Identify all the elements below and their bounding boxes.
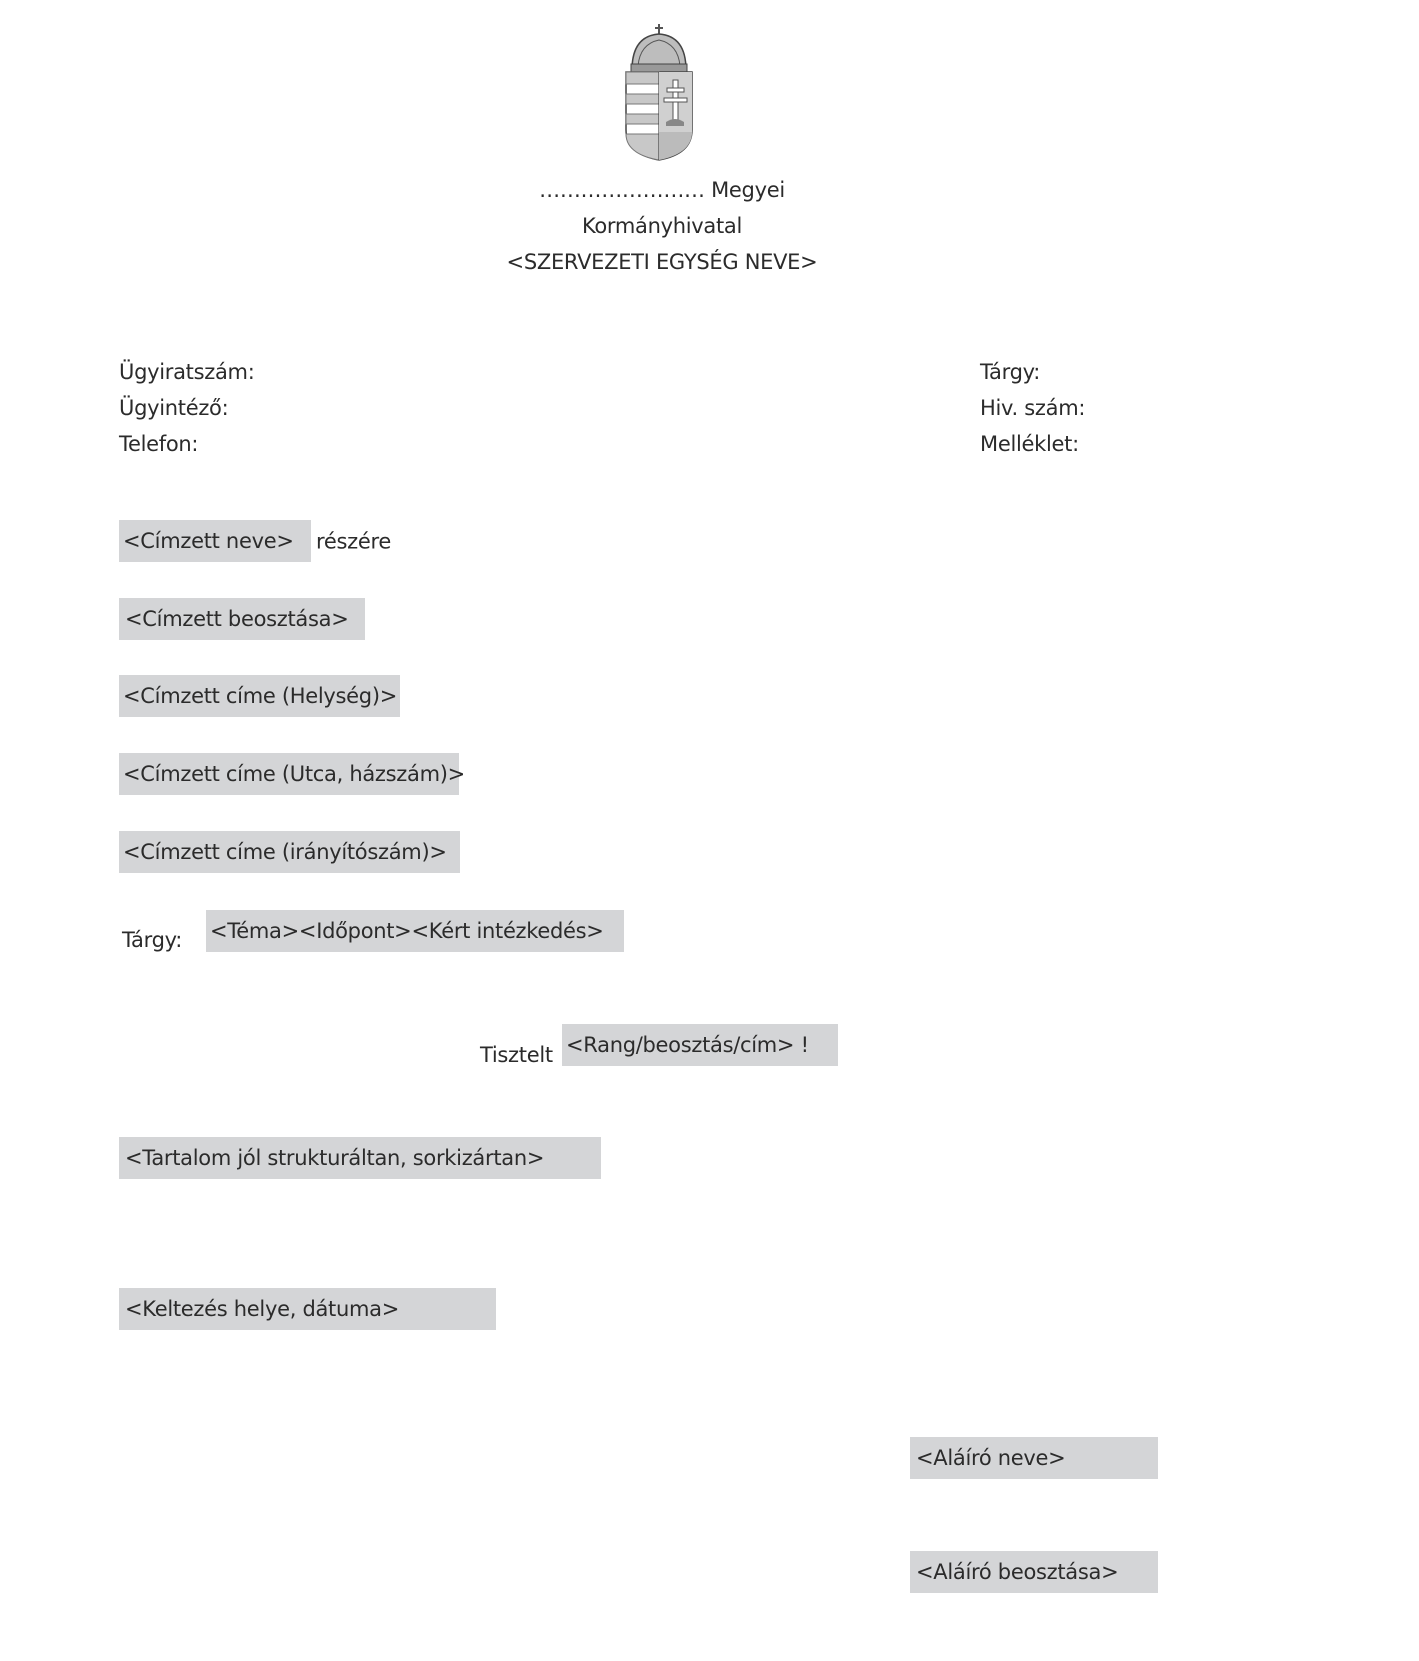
subject-meta-label: Tárgy: <box>980 362 1040 383</box>
reference-number-label: Hiv. szám: <box>980 398 1085 419</box>
signer-position-field[interactable]: <Aláíró beosztása> <box>910 1551 1158 1593</box>
phone-label: Telefon: <box>119 434 198 455</box>
recipient-position-field[interactable]: <Címzett beosztása> <box>119 598 365 640</box>
case-number-label: Ügyiratszám: <box>119 362 254 383</box>
attachment-label: Melléklet: <box>980 434 1079 455</box>
case-handler-label: Ügyintéző: <box>119 398 228 419</box>
recipient-city-field[interactable]: <Címzett címe (Helység)> <box>119 675 400 717</box>
subject-label: Tárgy: <box>122 930 182 951</box>
salutation-prefix: Tisztelt <box>480 1045 553 1066</box>
recipient-name-field[interactable]: <Címzett neve> <box>119 520 311 562</box>
county-office-line: …………………… Megyei <box>0 178 1324 202</box>
subject-field[interactable]: <Téma><Időpont><Kért intézkedés> <box>206 910 624 952</box>
recipient-street-field[interactable]: <Címzett címe (Utca, házszám)> <box>119 753 459 795</box>
body-content-field[interactable]: <Tartalom jól strukturáltan, sorkizártan… <box>119 1137 601 1179</box>
organization-unit-name: <SZERVEZETI EGYSÉG NEVE> <box>0 250 1324 274</box>
office-name: Kormányhivatal <box>0 214 1324 238</box>
recipient-suffix: részére <box>316 532 391 553</box>
coat-of-arms-icon <box>620 22 702 162</box>
dateline-field[interactable]: <Keltezés helye, dátuma> <box>119 1288 496 1330</box>
signer-name-field[interactable]: <Aláíró neve> <box>910 1437 1158 1479</box>
recipient-zip-field[interactable]: <Címzett címe (irányítószám)> <box>119 831 460 873</box>
salutation-field[interactable]: <Rang/beosztás/cím> ! <box>562 1024 838 1066</box>
